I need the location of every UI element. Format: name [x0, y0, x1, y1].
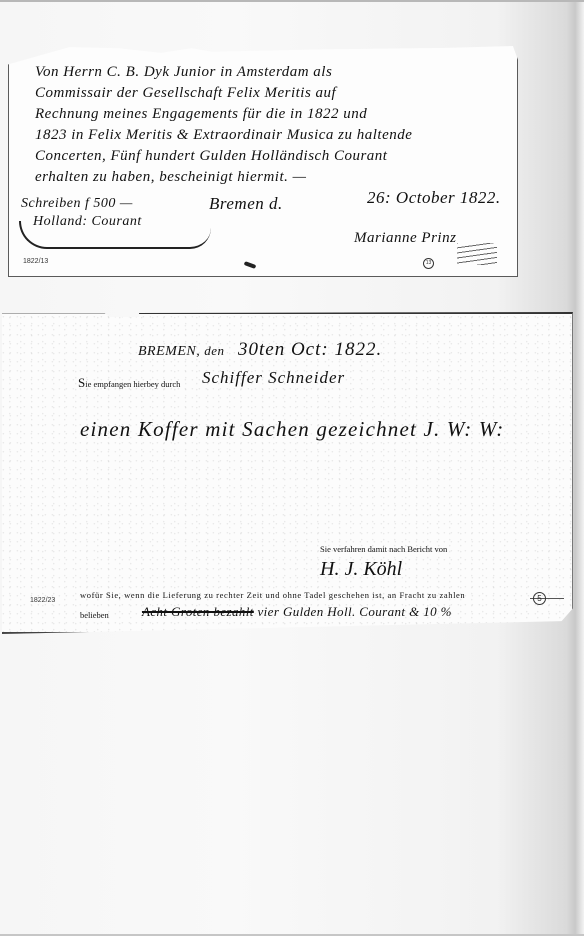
archive-reference: 1822/23 [30, 597, 55, 604]
receipt-signature: Marianne Prinz [354, 230, 456, 247]
page-number-stamp: 13 [423, 258, 434, 269]
archive-reference: 1822/13 [23, 258, 48, 265]
report-label: Sie verfahren damit nach Bericht von [320, 544, 447, 554]
receipt-date: 26: October 1822. [367, 188, 501, 208]
flourish-decoration [19, 221, 211, 249]
receipt-line-2: Commissair der Gesellschaft Felix Meriti… [35, 85, 336, 102]
receipt-line-1: Von Herrn C. B. Dyk Junior in Amsterdam … [35, 64, 332, 81]
freight-bill-lower-layer: Sie verfahren damit nach Bericht von H. … [2, 312, 572, 630]
receipt-line-6: erhalten zu haben, bescheinigt hiermit. … [35, 169, 306, 186]
sender-signature: H. J. Köhl [320, 558, 402, 581]
receipt-document: Von Herrn C. B. Dyk Junior in Amsterdam … [8, 46, 518, 277]
receipt-amount: Schreiben f 500 — [21, 196, 133, 212]
scanned-page: Von Herrn C. B. Dyk Junior in Amsterdam … [0, 0, 584, 936]
ink-blot [244, 261, 257, 269]
receipt-line-5: Concerten, Fünf hundert Gulden Holländis… [35, 148, 387, 165]
receipt-line-4: 1823 in Felix Meritis & Extraordinair Mu… [35, 127, 412, 144]
receipt-line-3: Rechnung meines Engagements für die in 1… [35, 106, 367, 123]
signature-scribble-mark [457, 243, 497, 265]
receipt-place: Bremen d. [209, 194, 283, 214]
page-number-stamp: 5 [533, 592, 546, 605]
